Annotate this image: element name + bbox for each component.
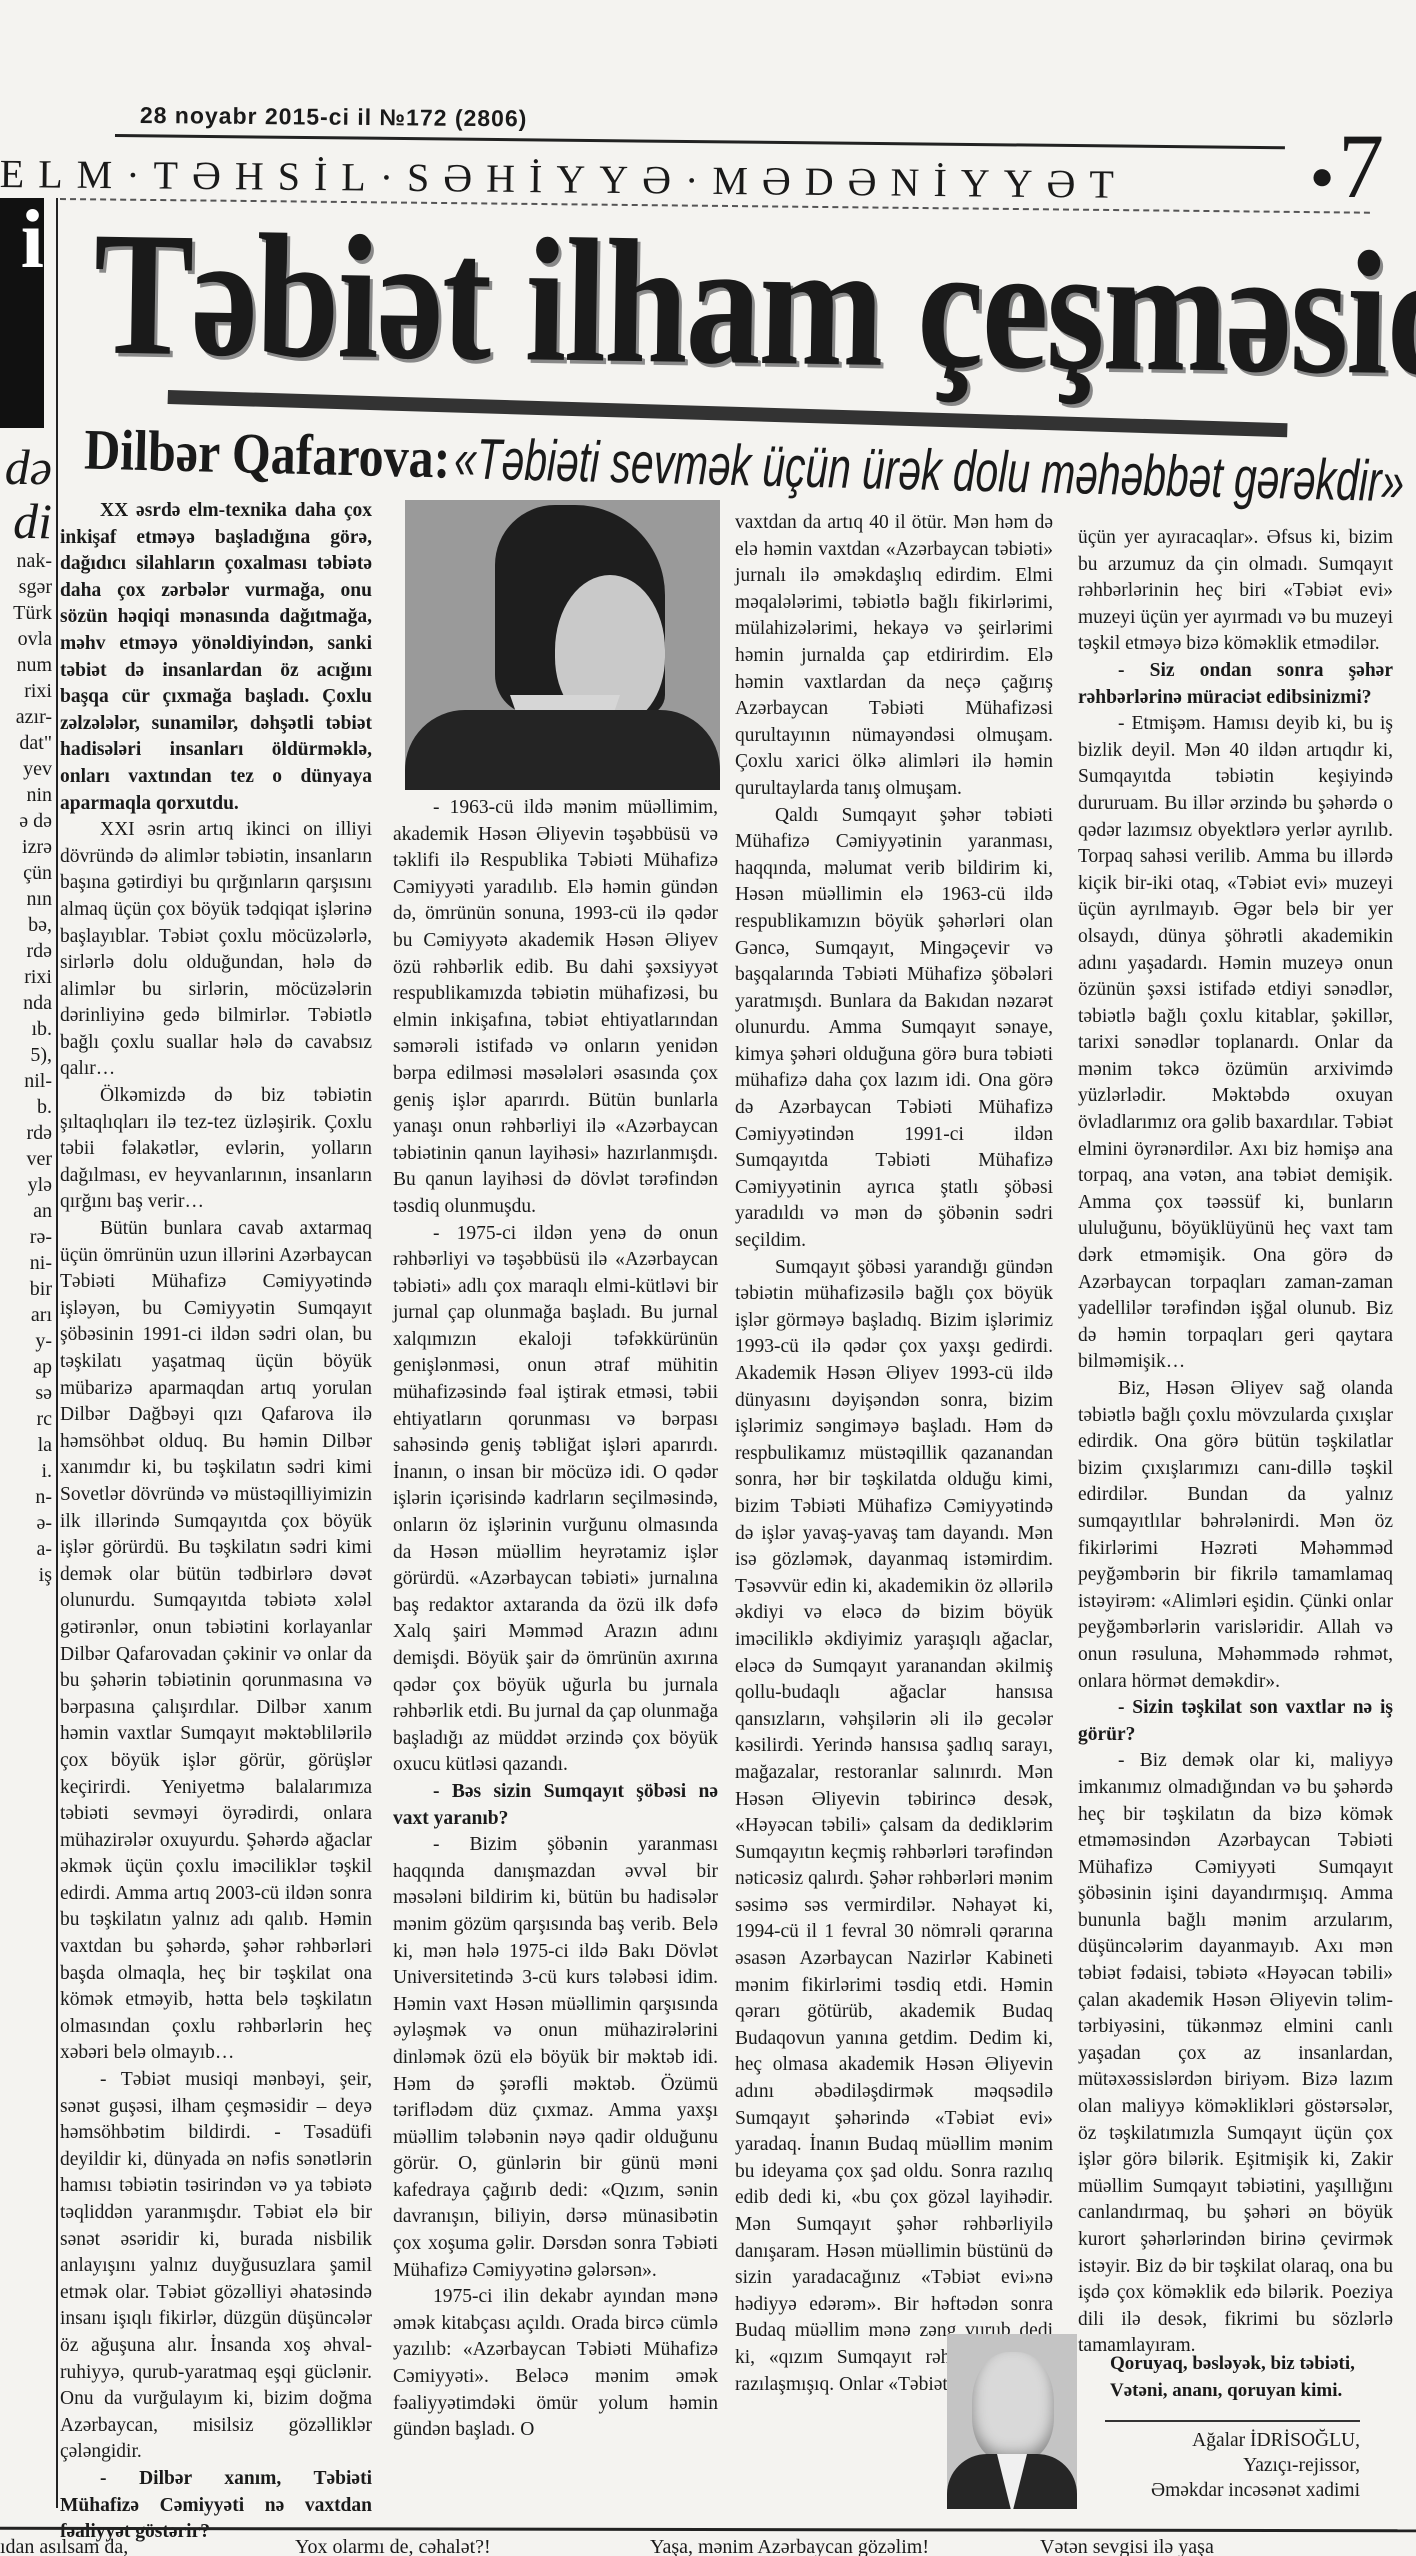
issue-date: 28 noyabr 2015-ci il №172 (2806) (140, 102, 528, 132)
byline-rule (1105, 2420, 1360, 2422)
body-paragraph: Biz, Həsən Əliyev sağ olanda təbiətlə ba… (1078, 1376, 1393, 1695)
adjacent-text-line: arı (0, 1302, 52, 1328)
adjacent-text-line: sgər (0, 574, 52, 600)
adjacent-subhead-2: di (0, 494, 52, 548)
question-paragraph: - Dilbər xanım, Təbiəti Mühafizə Cəmiyyə… (60, 2466, 372, 2546)
body-paragraph: - Biz demək olar ki, maliyyə imkanımız o… (1078, 1748, 1393, 2360)
adjacent-text-line: n- (0, 1484, 52, 1510)
adjacent-text-line: izrə (0, 834, 52, 860)
adjacent-text-line: nak- (0, 548, 52, 574)
article-column-1: XX əsrdə elm-texnika daha çox inkişaf et… (60, 498, 372, 2546)
body-paragraph: - Bizim şöbənin yaranması haqqında danış… (393, 1832, 718, 2284)
body-paragraph: - Təbiət musiqi mənbəyi, şeir, sənət guş… (60, 2067, 372, 2466)
closing-poem: Qoruyaq, bəsləyək, biz təbiəti, Vətəni, … (1110, 2350, 1380, 2404)
column-divider (56, 198, 58, 2508)
adjacent-text-line: bir (0, 1276, 52, 1302)
adjacent-headline-fragment: i (0, 198, 44, 428)
adjacent-text-line: iş (0, 1562, 52, 1588)
interviewee-name: Dilbər Qafarova: (83, 416, 451, 492)
body-paragraph: - 1975-ci ildən yenə də onun rəhbərliyi … (393, 1221, 718, 1779)
adjacent-text-line: la (0, 1432, 52, 1458)
author-name: Ağalar İDRİSOĞLU, (1105, 2428, 1360, 2453)
adjacent-text-line: 5), (0, 1042, 52, 1068)
page-number: ●7 (1310, 120, 1384, 212)
body-paragraph: üçün yer ayıracaqlar». Əfsus ki, bizim b… (1078, 525, 1393, 658)
bullet-icon: ● (1310, 153, 1334, 198)
poem-line-2: Vətəni, ananı, qoruyan kimi. (1110, 2377, 1380, 2404)
adjacent-text-line: nin (0, 782, 52, 808)
body-paragraph: - 1963-cü ildə mənim müəllimim, akademik… (393, 795, 718, 1221)
adjacent-text-line: nda (0, 990, 52, 1016)
adjacent-text-line: sə (0, 1380, 52, 1406)
header-rule (115, 134, 1285, 149)
adjacent-text-line: çün (0, 860, 52, 886)
next-article-fragment-1: ıdan asılsam da, (0, 2536, 128, 2556)
article-title: Təbiət ilham çeşməsidir (92, 205, 1416, 405)
photo-clothing (405, 710, 720, 790)
adjacent-text-line: azır- (0, 704, 52, 730)
article-column-2: - 1963-cü ildə mənim müəllimim, akademik… (393, 795, 718, 2444)
adjacent-text-line: i. (0, 1458, 52, 1484)
body-paragraph: - Etmişəm. Hamısı deyib ki, bu iş bizlik… (1078, 711, 1393, 1376)
adjacent-text-line: nın (0, 886, 52, 912)
adjacent-text-lines: nak-sgərTürkovlanumrixiazır-dat"yevninə … (0, 548, 52, 1588)
adjacent-subhead-1: də (0, 440, 52, 494)
adjacent-text-line: rdə (0, 938, 52, 964)
adjacent-text-line: ə- (0, 1510, 52, 1536)
adjacent-text-line: b. (0, 1094, 52, 1120)
adjacent-text-line: yev (0, 756, 52, 782)
adjacent-text-line: num (0, 652, 52, 678)
body-paragraph: Sumqayıt şöbəsi yarandığı gündən təbiəti… (735, 1255, 1053, 2399)
adjacent-text-line: ıb. (0, 1016, 52, 1042)
body-paragraph: 1975-ci ilin dekabr ayından mənə əmək ki… (393, 2284, 718, 2444)
adjacent-text-line: rixi (0, 678, 52, 704)
next-article-fragment-4: Vətən sevgisi ilə yaşa (1040, 2536, 1214, 2556)
adjacent-text-line: ver (0, 1146, 52, 1172)
body-paragraph: Bütün bunlara cavab axtarmaq üçün ömrünü… (60, 1216, 372, 2067)
adjacent-text-line: Türk (0, 600, 52, 626)
body-paragraph: Qaldı Sumqayıt şəhər təbiəti Mühafizə Cə… (735, 803, 1053, 1255)
page-number-value: 7 (1338, 115, 1384, 217)
adjacent-text-line: y- (0, 1328, 52, 1354)
photo-dilbar-qafarova (405, 500, 720, 790)
adjacent-article-fragment: də di nak-sgərTürkovlanumrixiazır-dat"ye… (0, 440, 52, 1588)
adjacent-text-line: dat" (0, 730, 52, 756)
question-paragraph: - Sizin təşkilat son vaxtlar nə iş görür… (1078, 1695, 1393, 1748)
author-role: Yazıçı-rejissor, (1105, 2453, 1360, 2478)
body-paragraph: XXI əsrin artıq ikinci on illiyi dövründ… (60, 817, 372, 1083)
question-paragraph: - Bəs sizin Sumqayıt şöbəsi nə vaxt yara… (393, 1779, 718, 1832)
question-paragraph: - Siz ondan sonra şəhər rəhbərlərinə mür… (1078, 658, 1393, 711)
adjacent-text-line: rc (0, 1406, 52, 1432)
photo-hasan-aliyev (947, 2334, 1077, 2509)
next-article-fragment-2: Yox olarmı de, cəhalət?! (295, 2536, 491, 2556)
photo-head (972, 2352, 1054, 2462)
adjacent-text-line: an (0, 1198, 52, 1224)
adjacent-text-line: rdə (0, 1120, 52, 1146)
body-paragraph: Ölkəmizdə də biz təbiətin şıltaqlıqları … (60, 1083, 372, 1216)
author-title: Əməkdar incəsənət xadimi (1105, 2478, 1360, 2503)
adjacent-text-line: ə də (0, 808, 52, 834)
adjacent-text-line: bə, (0, 912, 52, 938)
adjacent-text-line: rixi (0, 964, 52, 990)
byline: Ağalar İDRİSOĞLU, Yazıçı-rejissor, Əməkd… (1105, 2428, 1360, 2503)
adjacent-text-line: a- (0, 1536, 52, 1562)
article-column-4: üçün yer ayıracaqlar». Əfsus ki, bizim b… (1078, 525, 1393, 2360)
adjacent-text-line: ovla (0, 626, 52, 652)
poem-line-1: Qoruyaq, bəsləyək, biz təbiəti, (1110, 2350, 1380, 2377)
adjacent-text-line: rə- (0, 1224, 52, 1250)
adjacent-text-line: nil- (0, 1068, 52, 1094)
adjacent-text-line: ni- (0, 1250, 52, 1276)
body-paragraph: vaxtdan da artıq 40 il ötür. Mən həm də … (735, 510, 1053, 803)
next-article-fragment-3: Yaşa, mənim Azərbaycan gözəlim! (650, 2536, 929, 2556)
adjacent-text-line: ap (0, 1354, 52, 1380)
article-column-3: vaxtdan da artıq 40 il ötür. Mən həm də … (735, 510, 1053, 2398)
adjacent-text-line: ylə (0, 1172, 52, 1198)
question-paragraph: XX əsrdə elm-texnika daha çox inkişaf et… (60, 498, 372, 817)
